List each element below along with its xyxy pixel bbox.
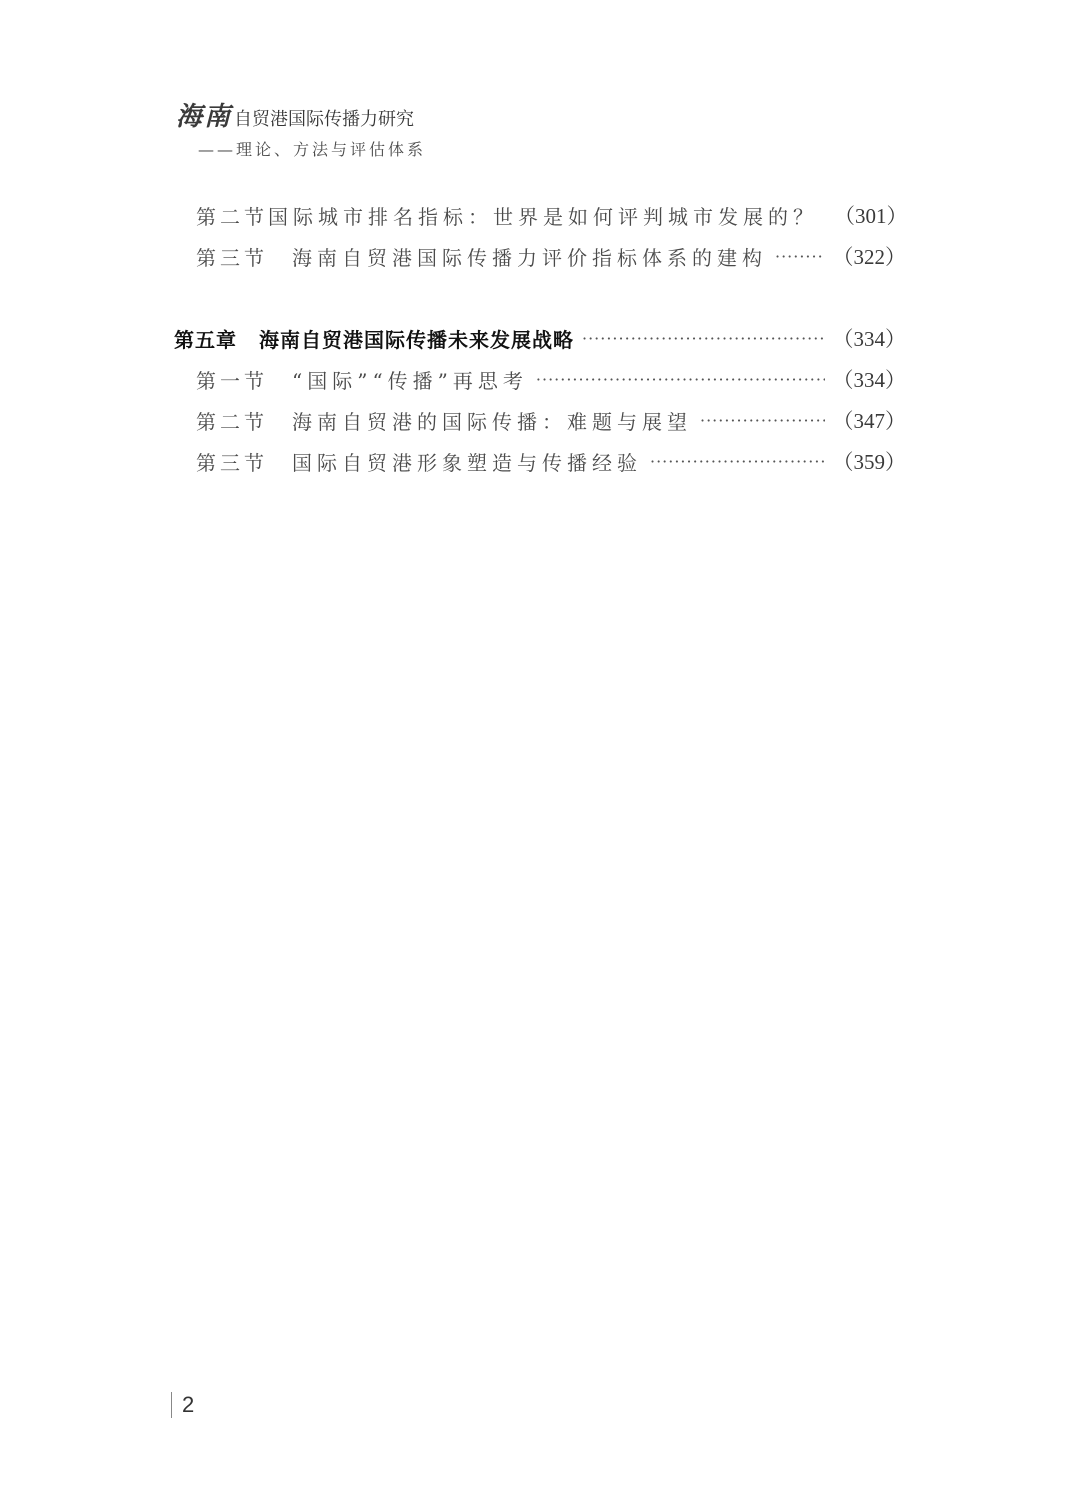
toc-entry-section[interactable]: 第三节 国际自贸港形象塑造与传播经验 （359） [196,446,906,476]
running-header: 海南 自贸港国际传播力研究 ——理论、方法与评估体系 [176,96,426,160]
toc-entry-chapter[interactable]: 第五章 海南自贸港国际传播未来发展战略 （334） [174,323,906,353]
book-title-brand: 海南 [176,96,232,133]
toc-entry-label: 第五章 [174,324,237,353]
toc-entry-title: 国际自贸港形象塑造与传播经验 [292,447,642,476]
toc-entry-page: （347） [833,405,907,435]
dot-leader [650,452,825,471]
footer-divider [171,1392,172,1418]
toc-entry-label: 第二节 [196,406,268,435]
toc-entry-section[interactable]: 第一节 “国际”“传播”再思考 （334） [196,364,906,394]
toc-entry-title: 海南自贸港国际传播未来发展战略 [259,324,574,353]
toc-entry-label: 第一节 [196,365,268,394]
toc-entry-title: “国际”“传播”再思考 [292,365,528,394]
toc-entry-label: 第三节 [196,242,268,271]
book-subtitle: ——理论、方法与评估体系 [198,137,426,160]
toc-entry-page: （334） [833,364,907,394]
toc-entry-section[interactable]: 第三节 海南自贸港国际传播力评价指标体系的建构 （322） [196,241,906,271]
toc-entry-title: 海南自贸港的国际传播：难题与展望 [292,406,692,435]
toc-entry-page: （334） [833,323,907,353]
toc-entry-title: 国际城市排名指标：世界是如何评判城市发展的？ [268,201,818,230]
toc-entry-page: （359） [833,446,907,476]
dot-leader [536,370,825,389]
dot-leader [582,329,825,348]
dot-leader [700,411,825,430]
toc-entry-label: 第三节 [196,447,268,476]
toc-entry-label: 第二节 [196,201,268,230]
book-title: 海南 自贸港国际传播力研究 [176,96,426,133]
dot-leader [775,247,825,266]
toc-entry-section[interactable]: 第二节 海南自贸港的国际传播：难题与展望 （347） [196,405,906,435]
page-number: 2 [182,1392,194,1418]
toc-entry-page: （301） [834,200,908,230]
toc-entry-page: （322） [833,241,907,271]
book-title-text: 自贸港国际传播力研究 [234,105,414,131]
toc-entry-title: 海南自贸港国际传播力评价指标体系的建构 [292,242,767,271]
toc-entry-section[interactable]: 第二节 国际城市排名指标：世界是如何评判城市发展的？ （301） [196,200,906,230]
page-footer: 2 [171,1392,194,1418]
